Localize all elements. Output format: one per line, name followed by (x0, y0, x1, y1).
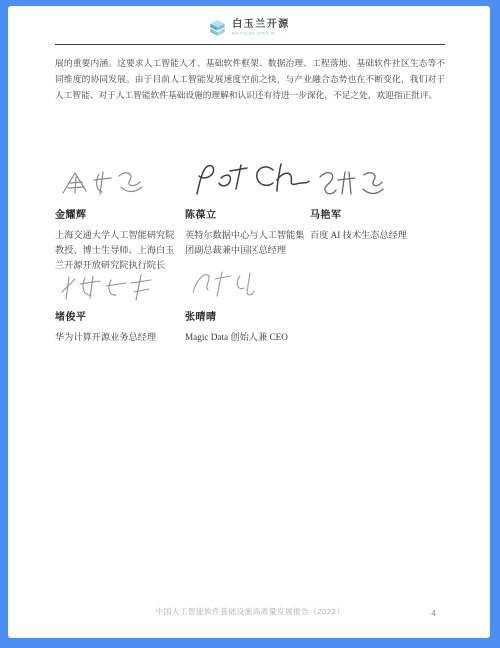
chen-baoli-signature (185, 158, 311, 202)
document-page: 白玉兰开源 BAIYULAN OPEN AI 展的重要内涵。这要求人工智能人才、… (8, 6, 490, 638)
intro-paragraph: 展的重要内涵。这要求人工智能人才、基础软件框架、数据治理、工程落地、基础软件社区… (55, 55, 445, 103)
signer-title: 华为计算开源业务总经理 (55, 330, 183, 345)
signer-du-junping: 堵俊平 华为计算开源业务总经理 (55, 266, 183, 345)
signer-title: 英特尔数据中心与人工智能集团副总裁兼中国区总经理 (185, 228, 313, 258)
header-divider (55, 44, 445, 45)
signer-name: 堵俊平 (55, 308, 183, 323)
brand-logo: 白玉兰开源 BAIYULAN OPEN AI (8, 19, 490, 38)
signer-name: 陈葆立 (185, 206, 313, 221)
app-background: { "logo": { "brand": "白玉兰开源", "tagline":… (0, 0, 500, 648)
brand-name: 白玉兰开源 (232, 20, 290, 30)
signer-name: 马艳军 (310, 206, 447, 221)
signer-title: 百度 AI 技术生态总经理 (310, 228, 447, 243)
signature-slot (55, 266, 183, 304)
signature-slot (185, 158, 313, 202)
signer-ma-yanjun: 马艳军 百度 AI 技术生态总经理 (310, 158, 447, 243)
signer-title: Magic Data 创始人兼 CEO (185, 330, 365, 345)
jin-yaohui-signature (55, 162, 151, 202)
signer-chen-baoli: 陈葆立 英特尔数据中心与人工智能集团副总裁兼中国区总经理 (185, 158, 313, 258)
footer-page-number: 4 (431, 608, 436, 618)
signature-slot (310, 158, 447, 202)
signer-name: 张晴晴 (185, 308, 365, 323)
cube-logo-icon (208, 19, 227, 38)
ma-yanjun-signature (310, 164, 388, 202)
signer-zhang-qingqing: 张晴晴 Magic Data 创始人兼 CEO (185, 266, 365, 345)
signer-name: 金耀辉 (55, 206, 183, 221)
brand-tagline: BAIYULAN OPEN AI (232, 32, 277, 36)
zhang-qingqing-signature (185, 266, 265, 304)
brand-text-block: 白玉兰开源 BAIYULAN OPEN AI (232, 20, 290, 37)
du-junping-signature (55, 268, 167, 304)
signature-slot (55, 158, 183, 202)
footer-report-title: 中国人工智能软件基础设施高质量发展报告（2022） (55, 606, 445, 617)
signer-jin-yaohui: 金耀辉 上海交通大学人工智能研究院教授、博士生导师、上海白玉兰开源开放研究院执行… (55, 158, 183, 273)
signature-slot (185, 266, 365, 304)
